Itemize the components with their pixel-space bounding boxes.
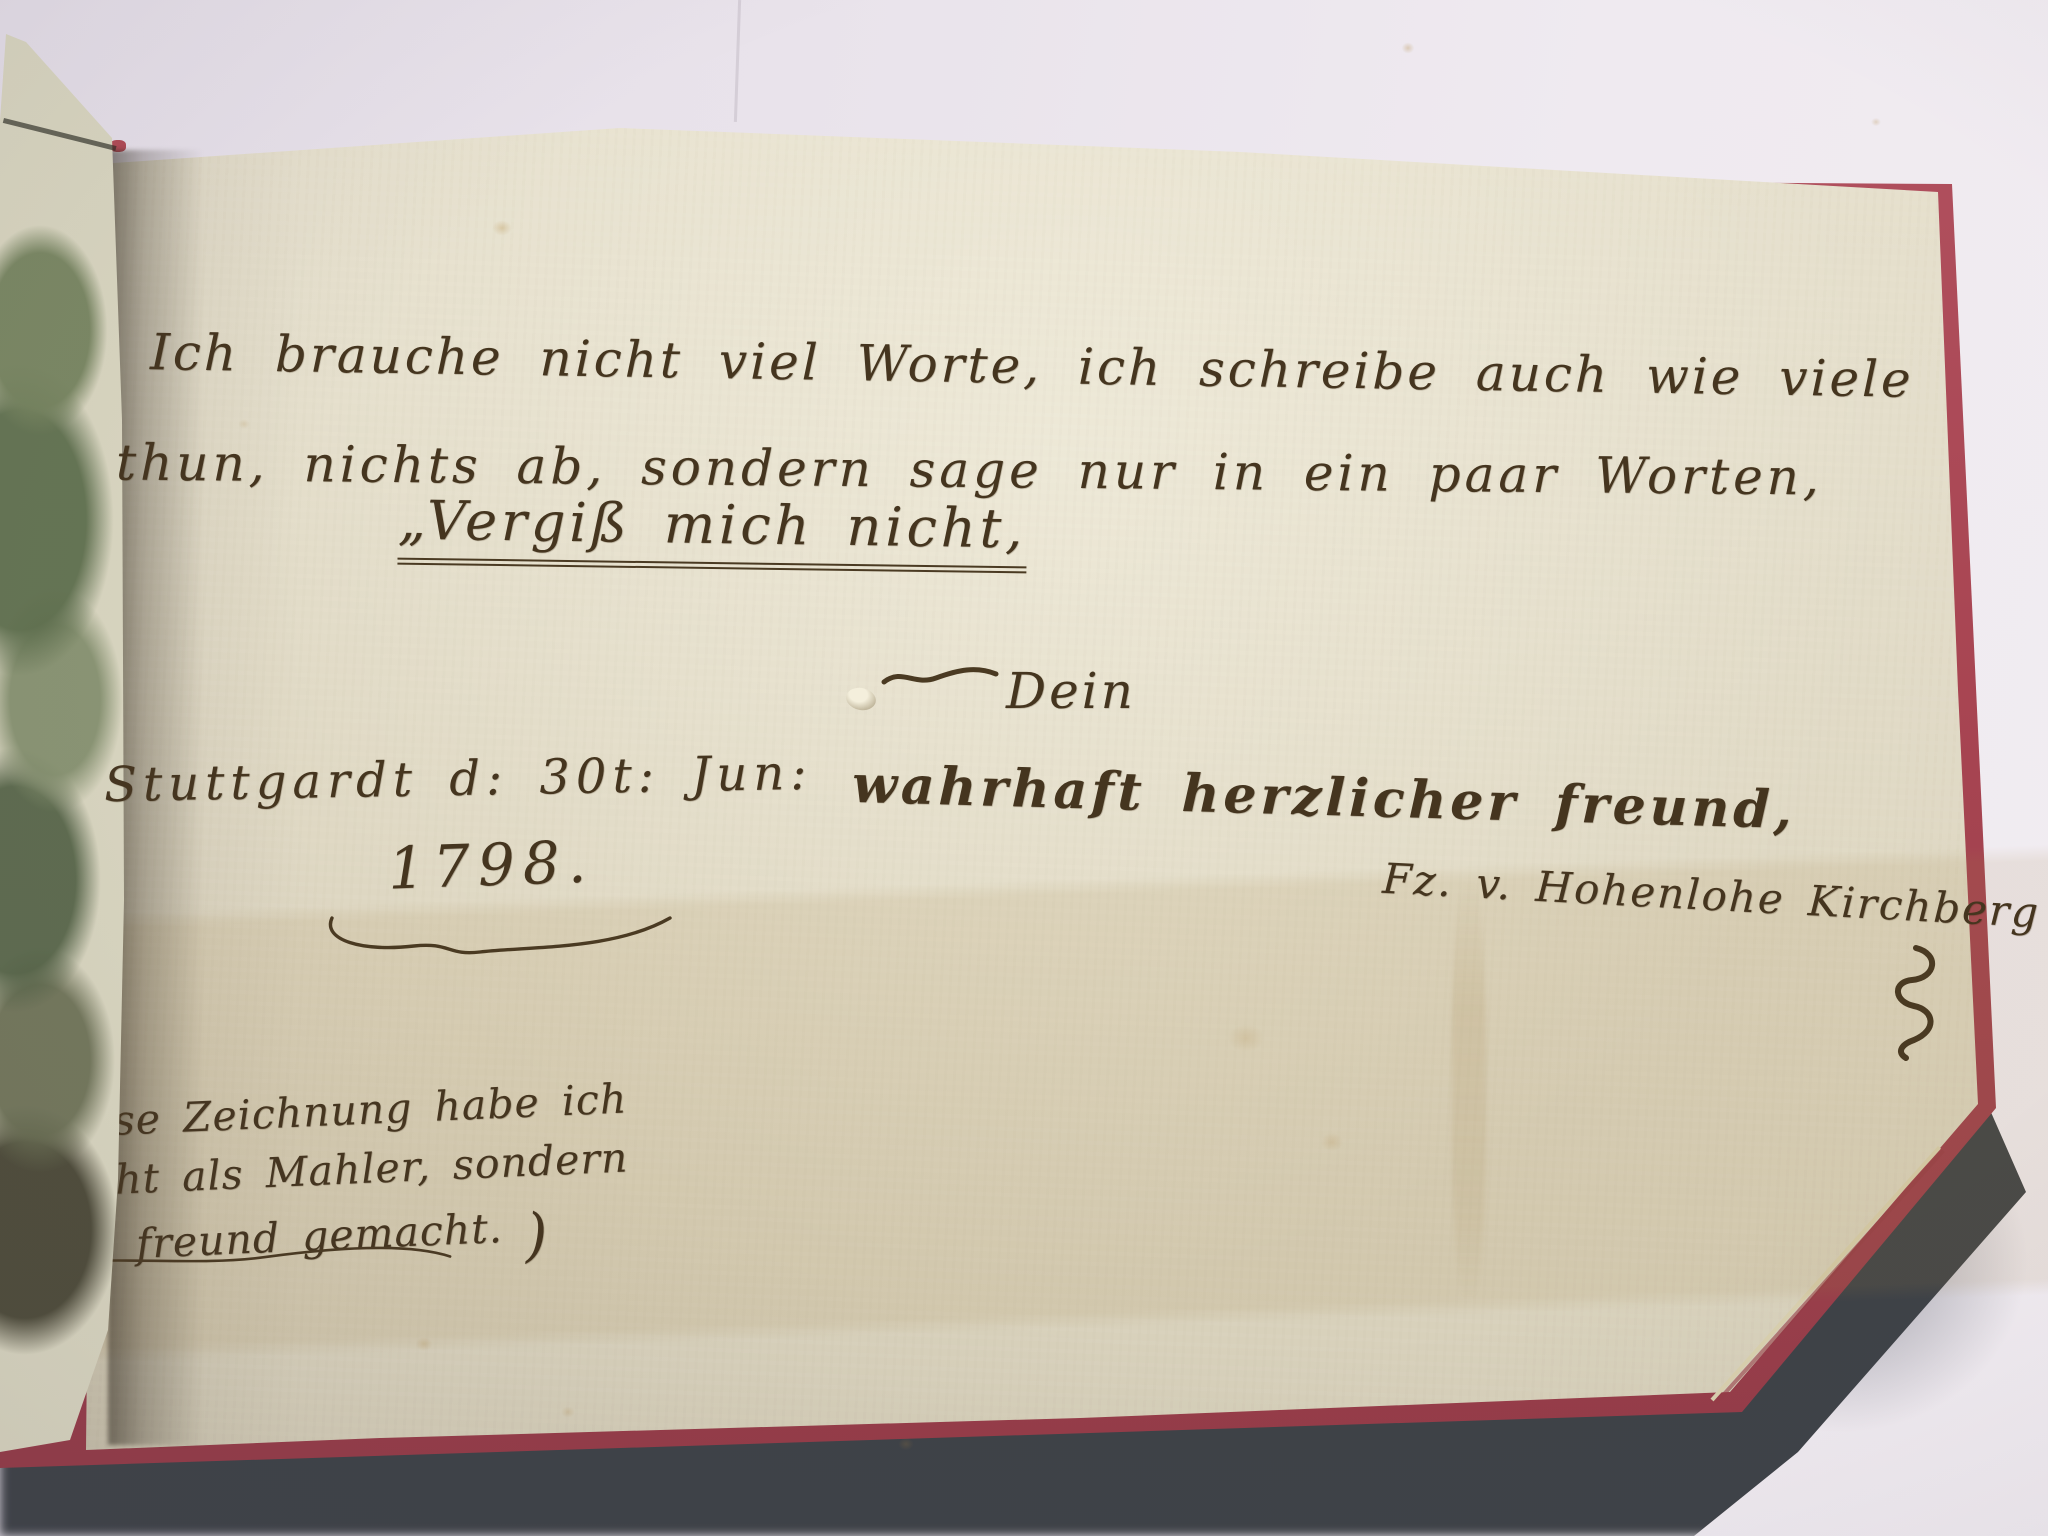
motto-line: „Vergiß mich nicht, (398, 490, 1027, 561)
paper-dimple (844, 685, 878, 713)
stain-drip (1452, 880, 1486, 1300)
previous-page-edge (3, 118, 117, 151)
soft-cast-shadow (1580, 1020, 2048, 1500)
signature-line: Fz. v. Hohenlohe Kirchberg (1381, 855, 2041, 938)
inscription-line-1: Ich brauche nicht viel Worte, ich schrei… (150, 324, 1914, 409)
salutation-word: Dein (880, 656, 1136, 721)
year-flourish (322, 906, 682, 962)
album-photo: diese Zeichnung habe ich nicht als Mahle… (0, 0, 2048, 1536)
salutation-flourish (880, 656, 1000, 690)
dateline-text: Stuttgardt d: 30t: Jun: (104, 746, 813, 814)
motto-underline: „Vergiß mich nicht, (397, 489, 1027, 574)
backdrop-crease (734, 0, 741, 122)
signature-flourish (1882, 944, 1962, 1064)
year-text: 1798. (387, 828, 595, 902)
note-closing-paren: ) (523, 1200, 550, 1269)
closing-line: wahrhaft herzlicher freund, (851, 755, 1796, 841)
page-edge-stack (1711, 1146, 1941, 1401)
spine-red-speck (110, 140, 126, 152)
